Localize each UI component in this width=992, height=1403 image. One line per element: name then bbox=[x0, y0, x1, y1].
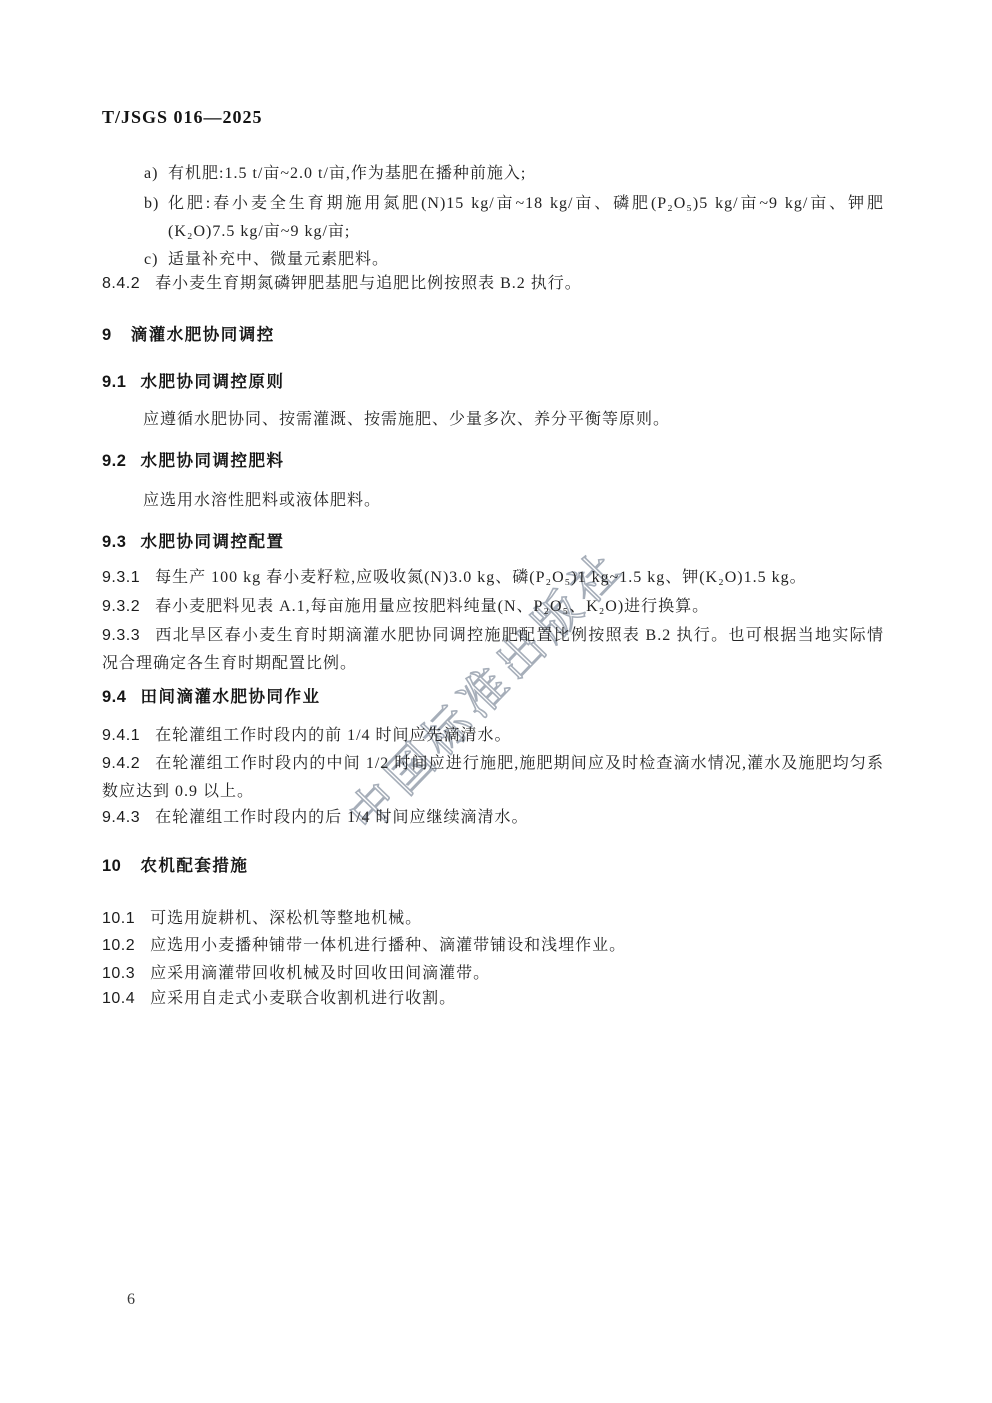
paragraph-9-1: 应遵循水肥协同、按需灌溉、按需施肥、少量多次、养分平衡等原则。 bbox=[102, 406, 884, 434]
section-number: 9.1 bbox=[102, 373, 126, 391]
section-9-heading: 9滴灌水肥协同调控 bbox=[102, 323, 884, 347]
clause-number: 10.2 bbox=[102, 937, 135, 954]
section-title: 田间滴灌水肥协同作业 bbox=[140, 688, 320, 706]
paragraph-9-2: 应选用水溶性肥料或液体肥料。 bbox=[102, 487, 884, 515]
clause-number: 9.4.3 bbox=[102, 809, 140, 826]
clause-text: 春小麦生育期氮磷钾肥基肥与追肥比例按照表 B.2 执行。 bbox=[155, 275, 582, 292]
section-title: 滴灌水肥协同调控 bbox=[131, 326, 275, 344]
list-text-a: 有机肥:1.5 t/亩~2.0 t/亩,作为基肥在播种前施入; bbox=[168, 165, 526, 182]
section-9-2-heading: 9.2水肥协同调控肥料 bbox=[102, 449, 884, 473]
clause-9-3-2: 9.3.2春小麦肥料见表 A.1,每亩施用量应按肥料纯量(N、P₂O₅、K₂O)… bbox=[102, 593, 884, 621]
clause-number: 10.4 bbox=[102, 990, 135, 1007]
list-item-a: a) 有机肥:1.5 t/亩~2.0 t/亩,作为基肥在播种前施入; bbox=[144, 160, 884, 188]
clause-10-1: 10.1可选用旋耕机、深松机等整地机械。 bbox=[102, 905, 884, 933]
clause-text: 春小麦肥料见表 A.1,每亩施用量应按肥料纯量(N、P₂O₅、K₂O)进行换算。 bbox=[155, 598, 709, 615]
section-number: 9 bbox=[102, 326, 112, 344]
section-title: 农机配套措施 bbox=[140, 857, 248, 875]
clause-number: 10.3 bbox=[102, 965, 135, 982]
clause-text: 应选用小麦播种铺带一体机进行播种、滴灌带铺设和浅埋作业。 bbox=[150, 937, 626, 954]
clause-number: 8.4.2 bbox=[102, 275, 140, 292]
clause-text: 应采用自走式小麦联合收割机进行收割。 bbox=[150, 990, 456, 1007]
section-10-heading: 10农机配套措施 bbox=[102, 854, 884, 878]
clause-text: 在轮灌组工作时段内的后 1/4 时间应继续滴清水。 bbox=[155, 809, 528, 826]
clause-number: 9.3.1 bbox=[102, 569, 140, 586]
clause-text: 可选用旋耕机、深松机等整地机械。 bbox=[150, 910, 422, 927]
clause-text: 西北旱区春小麦生育时期滴灌水肥协同调控施肥配置比例按照表 B.2 执行。也可根据… bbox=[102, 627, 884, 672]
clause-text: 在轮灌组工作时段内的前 1/4 时间应先滴清水。 bbox=[155, 727, 511, 744]
clause-10-2: 10.2应选用小麦播种铺带一体机进行播种、滴灌带铺设和浅埋作业。 bbox=[102, 932, 884, 960]
clause-8-4-2: 8.4.2春小麦生育期氮磷钾肥基肥与追肥比例按照表 B.2 执行。 bbox=[102, 270, 884, 298]
clause-9-4-1: 9.4.1在轮灌组工作时段内的前 1/4 时间应先滴清水。 bbox=[102, 722, 884, 750]
section-number: 9.4 bbox=[102, 688, 126, 706]
list-marker-b: b) bbox=[144, 190, 159, 218]
clause-number: 9.3.2 bbox=[102, 598, 140, 615]
clause-text: 每生产 100 kg 春小麦籽粒,应吸收氮(N)3.0 kg、磷(P₂O₅)1 … bbox=[155, 569, 806, 586]
section-9-1-heading: 9.1水肥协同调控原则 bbox=[102, 370, 884, 394]
clause-number: 9.4.1 bbox=[102, 727, 140, 744]
section-title: 水肥协同调控配置 bbox=[140, 533, 284, 551]
clause-number: 9.4.2 bbox=[102, 755, 140, 772]
section-number: 9.2 bbox=[102, 452, 126, 470]
clause-10-3: 10.3应采用滴灌带回收机械及时回收田间滴灌带。 bbox=[102, 960, 884, 988]
list-marker-a: a) bbox=[144, 160, 158, 188]
clause-number: 9.3.3 bbox=[102, 627, 140, 644]
list-text-c: 适量补充中、微量元素肥料。 bbox=[168, 251, 389, 268]
standard-code-header: T/JSGS 016—2025 bbox=[102, 107, 263, 128]
clause-9-4-3: 9.4.3在轮灌组工作时段内的后 1/4 时间应继续滴清水。 bbox=[102, 804, 884, 832]
section-number: 9.3 bbox=[102, 533, 126, 551]
clause-number: 10.1 bbox=[102, 910, 135, 927]
clause-text: 在轮灌组工作时段内的中间 1/2 时间应进行施肥,施肥期间应及时检查滴水情况,灌… bbox=[102, 755, 884, 800]
list-text-b: 化肥:春小麦全生育期施用氮肥(N)15 kg/亩~18 kg/亩、磷肥(P₂O₅… bbox=[168, 195, 884, 240]
section-title: 水肥协同调控原则 bbox=[140, 373, 284, 391]
clause-9-3-3: 9.3.3西北旱区春小麦生育时期滴灌水肥协同调控施肥配置比例按照表 B.2 执行… bbox=[102, 622, 884, 678]
list-item-b: b) 化肥:春小麦全生育期施用氮肥(N)15 kg/亩~18 kg/亩、磷肥(P… bbox=[144, 190, 884, 246]
document-page: 中国标准出版社 T/JSGS 016—2025 a) 有机肥:1.5 t/亩~2… bbox=[0, 0, 992, 1403]
clause-10-4: 10.4应采用自走式小麦联合收割机进行收割。 bbox=[102, 985, 884, 1013]
clause-9-3-1: 9.3.1每生产 100 kg 春小麦籽粒,应吸收氮(N)3.0 kg、磷(P₂… bbox=[102, 564, 884, 592]
section-9-4-heading: 9.4田间滴灌水肥协同作业 bbox=[102, 685, 884, 709]
page-number: 6 bbox=[127, 1286, 135, 1314]
clause-9-4-2: 9.4.2在轮灌组工作时段内的中间 1/2 时间应进行施肥,施肥期间应及时检查滴… bbox=[102, 750, 884, 806]
section-9-3-heading: 9.3水肥协同调控配置 bbox=[102, 530, 884, 554]
section-number: 10 bbox=[102, 857, 121, 875]
section-title: 水肥协同调控肥料 bbox=[140, 452, 284, 470]
clause-text: 应采用滴灌带回收机械及时回收田间滴灌带。 bbox=[150, 965, 490, 982]
